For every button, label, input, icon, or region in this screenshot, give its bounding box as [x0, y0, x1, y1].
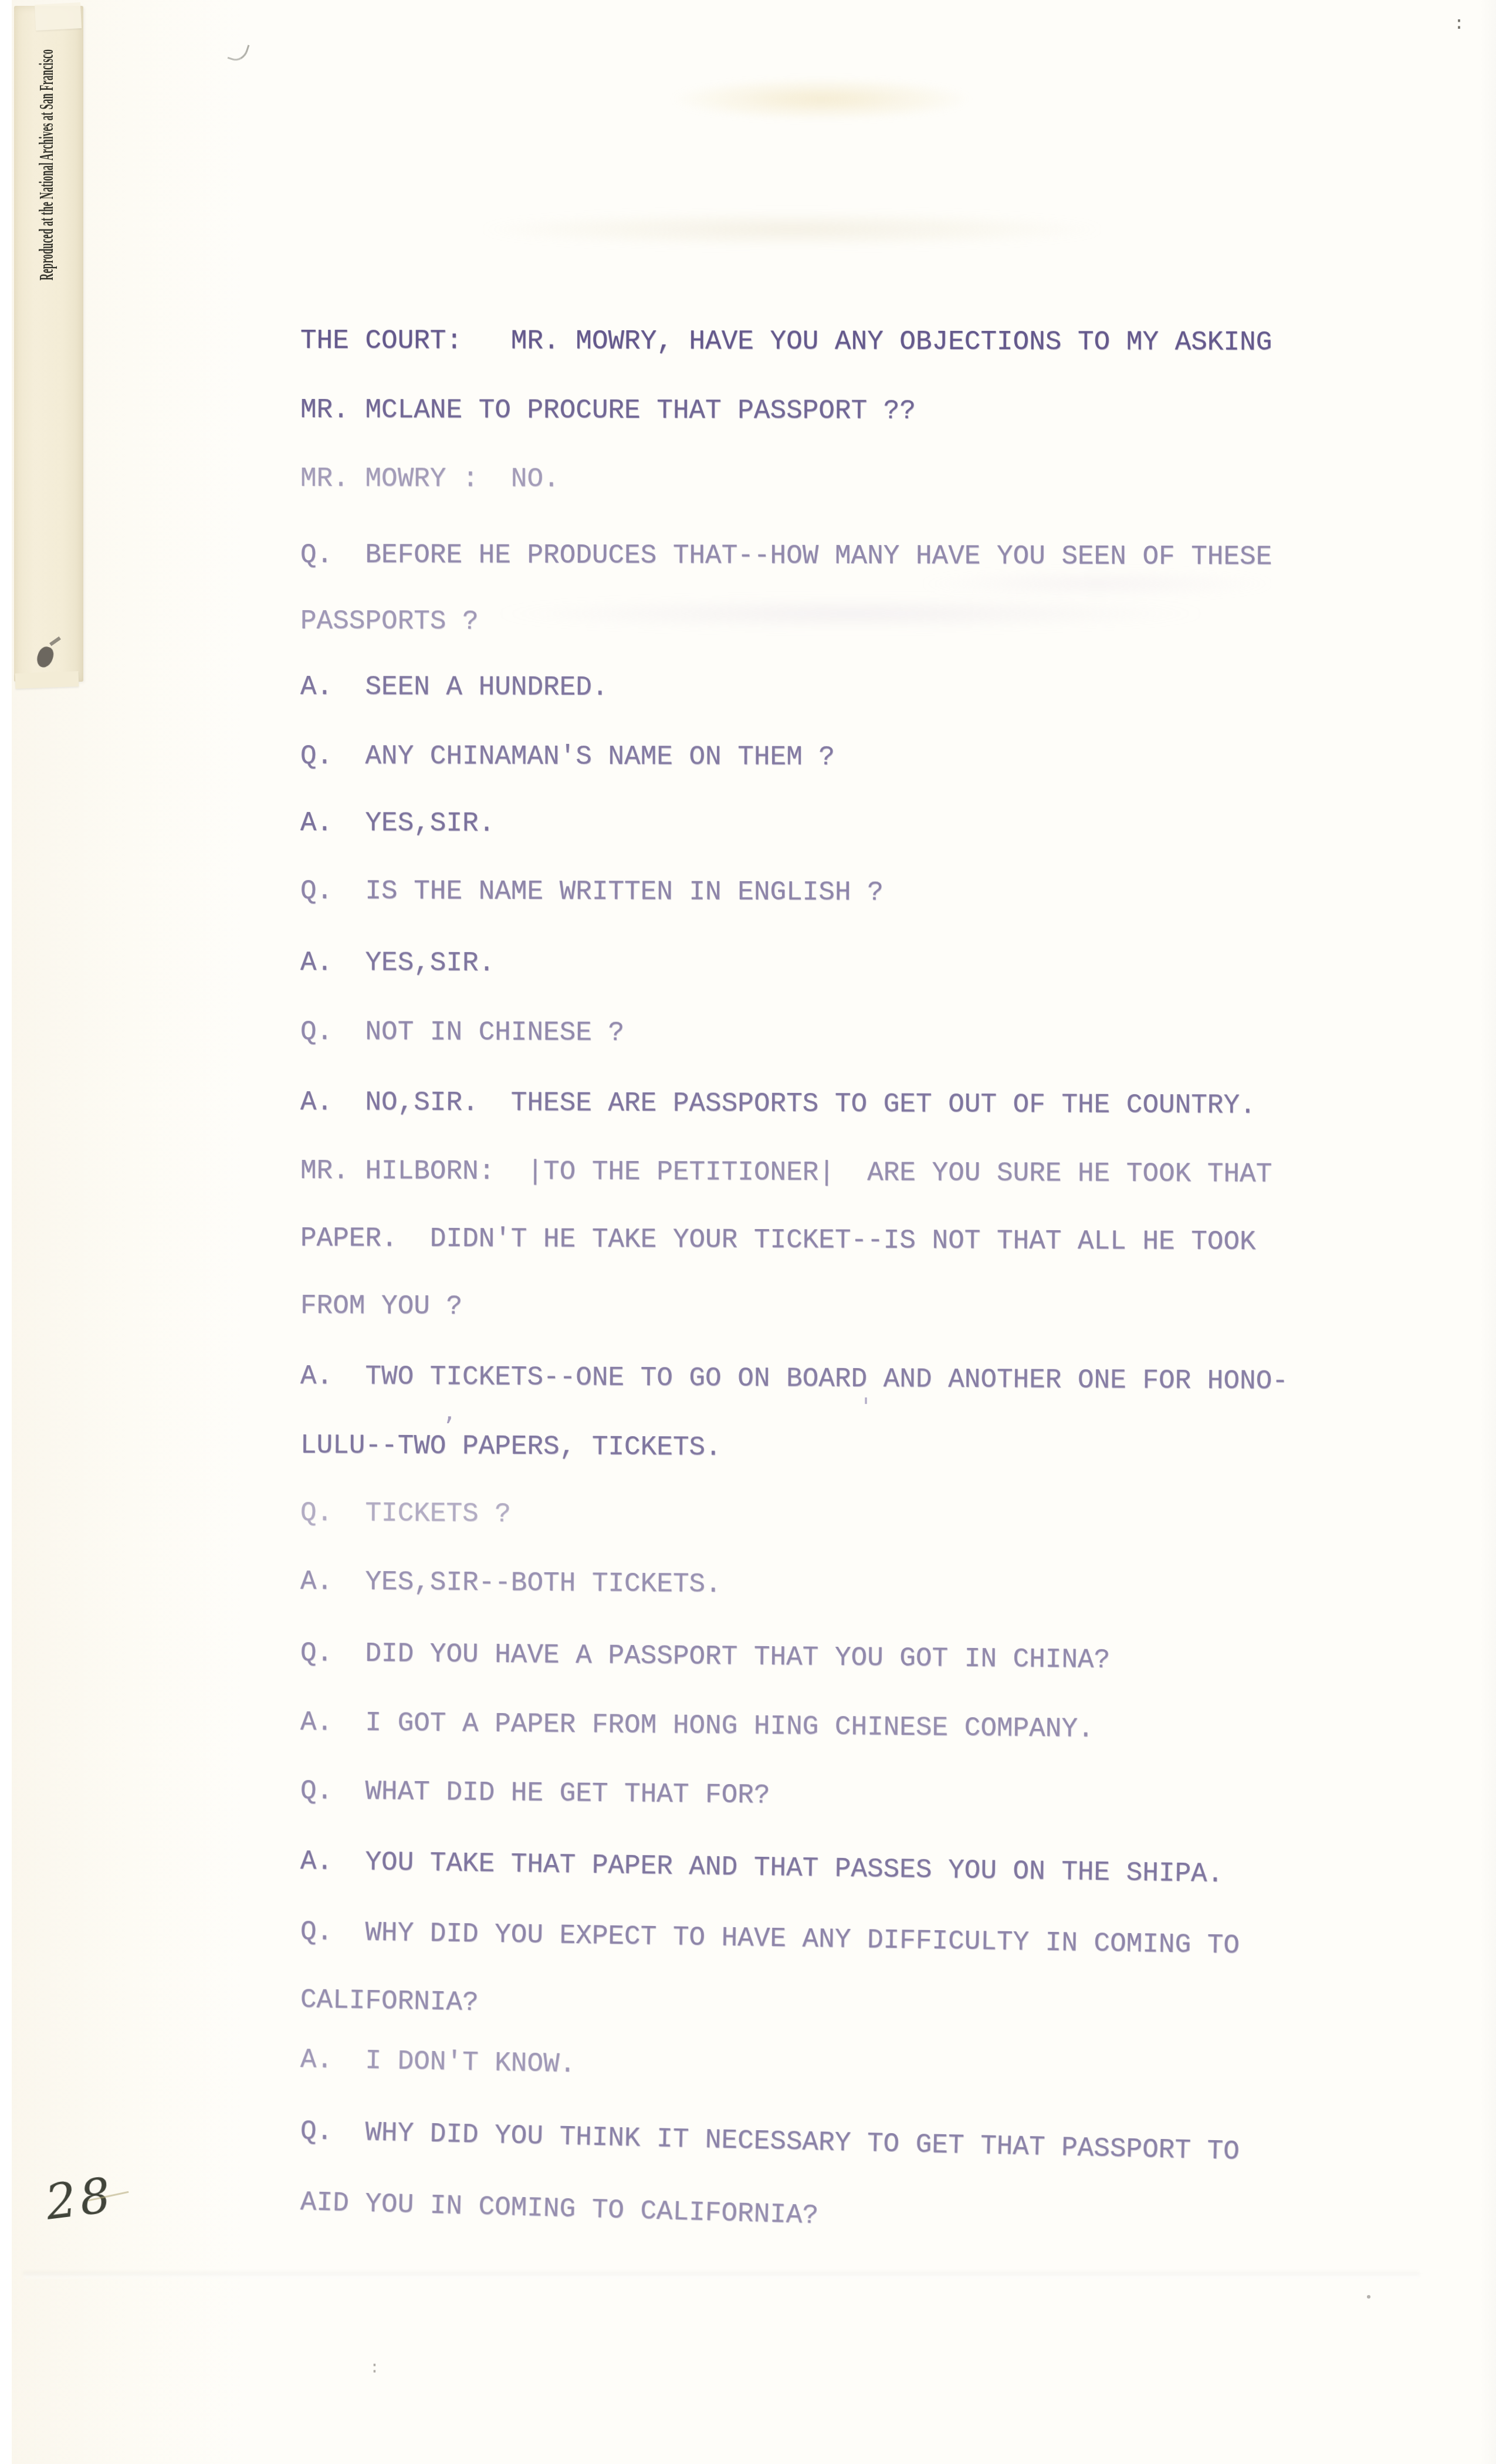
scan-right-edge [1480, 0, 1496, 2464]
typed-line: A. TWO TICKETS--ONE TO GO ON BOARD AND A… [300, 1359, 1288, 1399]
typed-line: A. YES,SIR. [300, 946, 495, 980]
handwritten-page-number: 28 [43, 2168, 117, 2231]
typed-line: A. I GOT A PAPER FROM HONG HING CHINESE … [300, 1705, 1094, 1747]
typed-line: A. NO,SIR. THESE ARE PASSPORTS TO GET OU… [300, 1085, 1256, 1123]
typed-line: Q. WHAT DID HE GET THAT FOR? [300, 1774, 770, 1813]
typed-line: MR. MCLANE TO PROCURE THAT PASSPORT ?? [300, 393, 916, 428]
typed-line: Q. ANY CHINAMAN'S NAME ON THEM ? [300, 739, 835, 774]
typed-line: A. I DON'T KNOW. [300, 2043, 576, 2081]
typed-line: Q. BEFORE HE PRODUCES THAT--HOW MANY HAV… [300, 538, 1272, 574]
typed-line: Q. IS THE NAME WRITTEN IN ENGLISH ? [300, 874, 884, 910]
typed-line: MR. MOWRY : NO. [300, 462, 560, 496]
typed-line: Q. WHY DID YOU EXPECT TO HAVE ANY DIFFIC… [300, 1915, 1240, 1963]
typed-line: Q. DID YOU HAVE A PASSPORT THAT YOU GOT … [300, 1636, 1111, 1677]
typed-line: FROM YOU ? [300, 1289, 462, 1324]
typed-line: A. SEEN A HUNDRED. [300, 670, 608, 705]
typed-line: CALIFORNIA? [300, 1983, 479, 2020]
typed-line: THE COURT: MR. MOWRY, HAVE YOU ANY OBJEC… [300, 324, 1272, 360]
transcript-text-block: THE COURT: MR. MOWRY, HAVE YOU ANY OBJEC… [0, 0, 1496, 2464]
typed-line: A. YES,SIR--BOTH TICKETS. [300, 1565, 722, 1602]
typed-line: AID YOU IN COMING TO CALIFORNIA? [300, 2185, 819, 2233]
paper-crease [23, 2272, 1420, 2279]
typed-line: LULU--TWO PAPERS, TICKETS. [300, 1429, 722, 1465]
typed-line: Q. WHY DID YOU THINK IT NECESSARY TO GET… [300, 2114, 1240, 2169]
scanned-page: Reproduced at the National Archives at S… [0, 0, 1496, 2464]
typed-line: A. YOU TAKE THAT PAPER AND THAT PASSES Y… [300, 1844, 1224, 1891]
typed-line: PASSPORTS ? [300, 604, 479, 639]
typed-line: PAPER. DIDN'T HE TAKE YOUR TICKET--IS NO… [300, 1221, 1256, 1259]
typed-line: Q. TICKETS ? [300, 1496, 511, 1531]
typed-line: A. YES,SIR. [300, 806, 495, 841]
typed-line: MR. HILBORN: |TO THE PETITIONER| ARE YOU… [300, 1154, 1272, 1192]
typed-line: Q. NOT IN CHINESE ? [300, 1015, 624, 1050]
